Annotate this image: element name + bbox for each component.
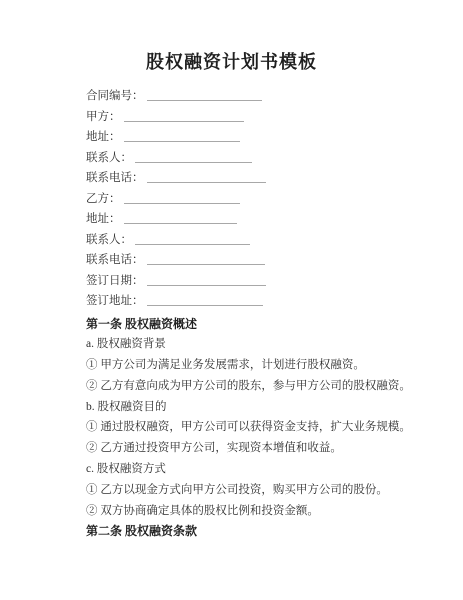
field-row-contract-number: 合同编号： [86, 86, 413, 107]
field-label: 地址： [86, 213, 121, 225]
field-row-contact-a: 联系人： [86, 148, 413, 169]
field-label: 联系人： [86, 152, 132, 164]
field-label: 联系电话： [86, 254, 144, 266]
field-row-phone-b: 联系电话： [86, 250, 413, 271]
section-heading-1: 第一条 股权融资概述 [86, 314, 413, 335]
document-body: 第一条 股权融资概述 a. 股权融资背景 ① 甲方公司为满足业务发展需求，计划进… [86, 314, 413, 543]
blank-underline [124, 213, 237, 224]
blank-underline [147, 172, 266, 183]
field-label: 签订日期： [86, 275, 144, 287]
field-label: 甲方： [86, 111, 121, 123]
field-row-phone-a: 联系电话： [86, 168, 413, 189]
field-label: 乙方： [86, 193, 121, 205]
page-title: 股权融资计划书模板 [0, 50, 463, 74]
field-label: 地址： [86, 131, 121, 143]
section-heading-2: 第二条 股权融资条款 [86, 521, 413, 542]
clause-item: ② 双方协商确定具体的股权比例和投资金额。 [86, 501, 413, 522]
field-label: 联系电话： [86, 172, 144, 184]
document-page: 股权融资计划书模板 合同编号： 甲方： 地址： 联系人： 联系电话： 乙方： 地… [0, 0, 463, 600]
field-label: 联系人： [86, 234, 132, 246]
field-row-address-a: 地址： [86, 127, 413, 148]
blank-underline [135, 234, 250, 245]
field-row-contact-b: 联系人： [86, 230, 413, 251]
clause-item: ① 甲方公司为满足业务发展需求，计划进行股权融资。 [86, 355, 413, 376]
blank-underline [147, 275, 266, 286]
field-row-party-b: 乙方： [86, 189, 413, 210]
clause-item: ② 乙方通过投资甲方公司，实现资本增值和收益。 [86, 438, 413, 459]
blank-underline [124, 111, 244, 122]
blank-underline [147, 90, 262, 101]
document-content: 合同编号： 甲方： 地址： 联系人： 联系电话： 乙方： 地址： 联系人： 联系… [0, 86, 463, 542]
clause-item: a. 股权融资背景 [86, 334, 413, 355]
blank-underline [135, 152, 252, 163]
field-label: 合同编号： [86, 90, 144, 102]
clause-item: c. 股权融资方式 [86, 459, 413, 480]
field-row-sign-address: 签订地址： [86, 291, 413, 312]
field-row-sign-date: 签订日期： [86, 271, 413, 292]
clause-item: ② 乙方有意向成为甲方公司的股东，参与甲方公司的股权融资。 [86, 376, 413, 397]
clause-item: ① 乙方以现金方式向甲方公司投资，购买甲方公司的股份。 [86, 480, 413, 501]
blank-underline [147, 254, 265, 265]
field-row-address-b: 地址： [86, 209, 413, 230]
blank-underline [147, 295, 263, 306]
field-row-party-a: 甲方： [86, 107, 413, 128]
field-label: 签订地址： [86, 295, 144, 307]
blank-underline [124, 131, 240, 142]
blank-underline [124, 193, 240, 204]
clause-item: ① 通过股权融资，甲方公司可以获得资金支持，扩大业务规模。 [86, 417, 413, 438]
clause-item: b. 股权融资目的 [86, 397, 413, 418]
